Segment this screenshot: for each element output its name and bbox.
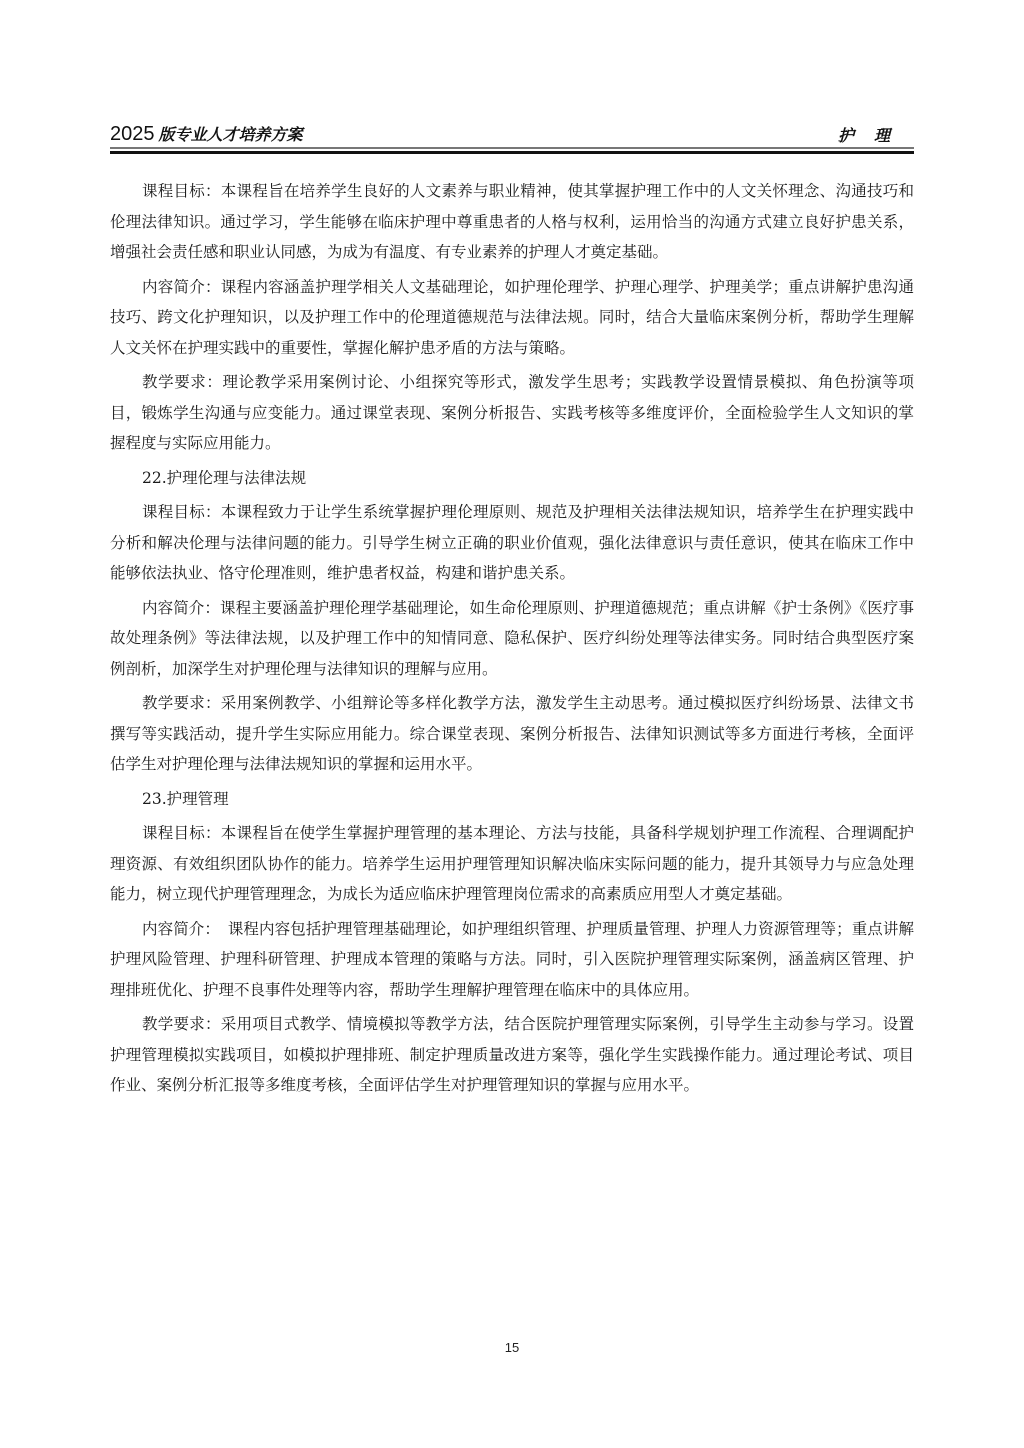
- paragraph-content-intro: 内容简介：课程主要涵盖护理伦理学基础理论，如生命伦理原则、护理道德规范；重点讲解…: [110, 593, 914, 685]
- paragraph-content-intro: 内容简介： 课程内容包括护理管理基础理论，如护理组织管理、护理质量管理、护理人力…: [110, 914, 914, 1006]
- paragraph-teaching-requirements: 教学要求：理论教学采用案例讨论、小组探究等形式，激发学生思考；实践教学设置情景模…: [110, 367, 914, 459]
- paragraph-content-intro: 内容简介：课程内容涵盖护理学相关人文基础理论，如护理伦理学、护理心理学、护理美学…: [110, 272, 914, 364]
- paragraph-teaching-requirements: 教学要求：采用案例教学、小组辩论等多样化教学方法，激发学生主动思考。通过模拟医疗…: [110, 688, 914, 780]
- paragraph-course-goal: 课程目标：本课程旨在使学生掌握护理管理的基本理论、方法与技能，具备科学规划护理工…: [110, 818, 914, 910]
- paragraph-teaching-requirements: 教学要求：采用项目式教学、情境模拟等教学方法，结合医院护理管理实际案例，引导学生…: [110, 1009, 914, 1101]
- document-title: 2025版专业人才培养方案: [110, 122, 303, 146]
- document-body: 课程目标：本课程旨在培养学生良好的人文素养与职业精神，使其掌握护理工作中的人文关…: [110, 176, 914, 1105]
- document-year: 2025: [110, 123, 155, 145]
- subject-label: 护理: [838, 123, 910, 146]
- header-divider-thick: [110, 151, 914, 154]
- paragraph-course-goal: 课程目标：本课程旨在培养学生良好的人文素养与职业精神，使其掌握护理工作中的人文关…: [110, 176, 914, 268]
- section-heading: 22.护理伦理与法律法规: [110, 463, 914, 494]
- section-heading: 23.护理管理: [110, 784, 914, 815]
- document-title-text: 版专业人才培养方案: [159, 125, 303, 144]
- header-divider: [110, 147, 914, 155]
- page-number: 15: [0, 1340, 1024, 1355]
- paragraph-course-goal: 课程目标：本课程致力于让学生系统掌握护理伦理原则、规范及护理相关法律法规知识，培…: [110, 497, 914, 589]
- page-header: 2025版专业人才培养方案 护理: [110, 120, 914, 150]
- header-divider-thin: [110, 147, 914, 149]
